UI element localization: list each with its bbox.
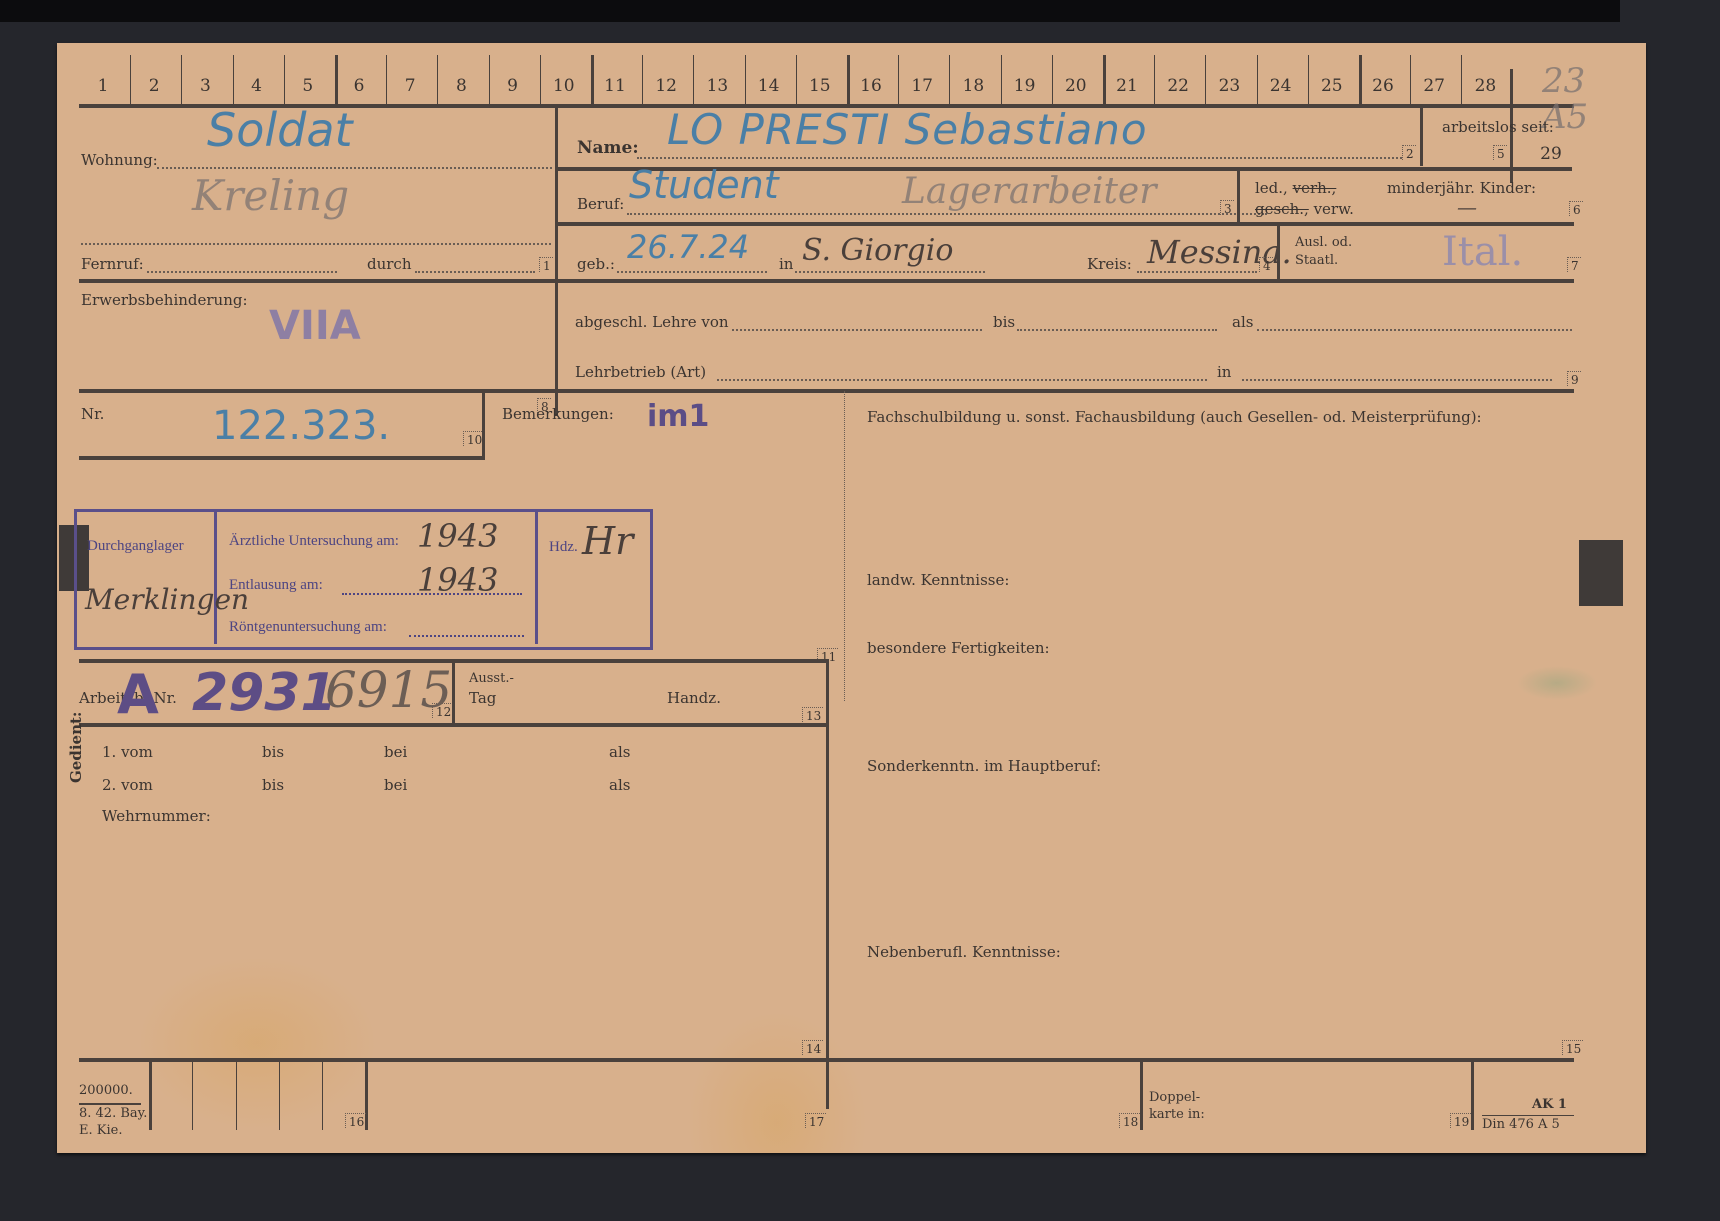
field-number-13: 13 [802, 707, 823, 722]
ruler-number: 13 [693, 76, 741, 96]
geb-line [617, 271, 767, 273]
ruler-number: 6 [335, 76, 383, 96]
gedient-bis-label: bis [262, 776, 284, 794]
form-code-underline [1482, 1115, 1574, 1116]
ruler-tick [1410, 55, 1411, 105]
field-number-19: 19 [1450, 1113, 1471, 1128]
divider-ausst [452, 661, 455, 723]
ruler-tick [284, 55, 285, 105]
wohnung-line-2 [81, 243, 551, 245]
ort-line [795, 271, 985, 273]
footer-divider-18 [1140, 1060, 1143, 1130]
geburtsort-value[interactable]: S. Giorgio [802, 233, 953, 268]
ruler-number: 16 [847, 76, 895, 96]
field-number-3: 3 [1220, 200, 1234, 215]
lehrbetrieb-label: Lehrbetrieb (Art) [575, 363, 706, 381]
stamp-divider-1 [214, 511, 217, 644]
arztlich-label: Ärztliche Untersuchung am: [229, 533, 399, 550]
bemerkungen-stamp[interactable]: im1 [647, 399, 709, 434]
arbeitsbuch-stamp-number[interactable]: 2931 [192, 663, 337, 723]
ruler-number: 5 [284, 76, 332, 96]
lehre-von-line [732, 329, 982, 331]
ruler-number: 14 [745, 76, 793, 96]
ruler-number: 9 [489, 76, 537, 96]
kinder-value[interactable]: — [1457, 195, 1477, 219]
rule-row-2 [79, 279, 1574, 283]
ruler-number: 1 [79, 76, 127, 96]
print-run-underline [79, 1103, 141, 1105]
familienstand-gesch: gesch., verw. [1255, 200, 1354, 218]
ruler-number: 28 [1461, 76, 1509, 96]
form-code: AK 1 [1532, 1097, 1567, 1112]
ruler-tick [642, 55, 643, 105]
field-number-2: 2 [1402, 145, 1416, 160]
rontgen-label: Röntgenuntersuchung am: [229, 619, 387, 636]
ruler-tick [489, 55, 490, 105]
rontgen-line [409, 635, 524, 637]
staat-stamp[interactable]: Ital. [1442, 229, 1523, 275]
divider-staat [1277, 225, 1280, 279]
field-number-7: 7 [1567, 257, 1581, 272]
footer-divider-d [279, 1060, 280, 1130]
footer-divider-b [192, 1060, 193, 1130]
nr-label: Nr. [81, 405, 104, 423]
ruler-tick [181, 55, 182, 105]
ruler-number: 27 [1410, 76, 1458, 96]
lehre-bis-line [1017, 329, 1217, 331]
name-line [637, 157, 1402, 159]
wohnung-pencil-value: Kreling [192, 171, 349, 220]
durchgangslager-value[interactable]: Merklingen [85, 583, 249, 616]
ruler-tick [1205, 55, 1206, 105]
field-number-1: 1 [539, 257, 553, 272]
gedient-bis-label: bis [262, 743, 284, 761]
hdz-value[interactable]: Hr [582, 519, 633, 563]
printer-line-2: E. Kie. [79, 1123, 122, 1138]
rule-nr [79, 456, 485, 460]
field-number-14: 14 [802, 1040, 823, 1055]
gedient-vom-label: 2. vom [102, 776, 153, 794]
field-number-6: 6 [1569, 201, 1583, 216]
ruler-number: 21 [1103, 76, 1151, 96]
ruler-number: 25 [1308, 76, 1356, 96]
in-label: in [779, 255, 793, 273]
lehre-bis-label: bis [993, 313, 1015, 331]
tag-label: Tag [469, 689, 496, 707]
ruler-tick [130, 55, 131, 105]
durch-line [415, 271, 535, 273]
gedient-label: Gedient: [67, 712, 85, 783]
footer-divider-19 [1471, 1060, 1474, 1130]
lehre-als-line [1257, 329, 1572, 331]
arbeitsbuch-stamp-prefix: A [117, 663, 159, 726]
printer-line-1: 8. 42. Bay. [79, 1106, 147, 1121]
entlausung-label: Entlausung am: [229, 577, 323, 594]
wehrnummer-label: Wehrnummer: [102, 807, 211, 825]
lehrbetrieb-line [717, 379, 1207, 381]
doppelkarte-label-2: karte in: [1149, 1107, 1205, 1122]
ruler-tick [1103, 55, 1106, 105]
ruler-tick [693, 55, 694, 105]
ledig: led., [1255, 179, 1288, 197]
beruf-value[interactable]: Student [629, 163, 779, 207]
name-label: Name: [577, 138, 639, 158]
landw-label: landw. Kenntnisse: [867, 571, 1009, 589]
lehrbetrieb-in-line [1242, 379, 1552, 381]
geb-label: geb.: [577, 255, 615, 273]
erwerbsbehinderung-stamp[interactable]: VIIA [269, 303, 361, 349]
ruler-number: 4 [233, 76, 281, 96]
rule-arbeitsbuch-bottom [79, 723, 829, 727]
field-number-16: 16 [345, 1113, 366, 1128]
bemerkungen-label: Bemerkungen: [502, 405, 614, 423]
ruler-tick [591, 55, 594, 105]
gedient-bei-label: bei [384, 743, 407, 761]
beruf-line [627, 213, 1267, 215]
wohnung-line [157, 167, 552, 169]
field-number-18: 18 [1119, 1113, 1140, 1128]
footer-divider-e [322, 1060, 323, 1130]
ruler-tick [437, 55, 438, 105]
ruler-number: 19 [1001, 76, 1049, 96]
ruler-tick [1001, 55, 1002, 105]
ruler-number: 24 [1257, 76, 1305, 96]
beruf-label: Beruf: [577, 195, 624, 213]
ruler-number: 26 [1359, 76, 1407, 96]
ruler-number: 10 [540, 76, 588, 96]
familienstand-ledig: led., verh., [1255, 179, 1336, 197]
rule-bottom [79, 1058, 1574, 1062]
ausst-label: Ausst.- [469, 671, 514, 686]
lehrbetrieb-in-label: in [1217, 363, 1231, 381]
gedient-als-label: als [609, 743, 630, 761]
ruler-number: 12 [642, 76, 690, 96]
fachschul-label: Fachschulbildung u. sonst. Fachausbildun… [867, 408, 1482, 426]
verwitwet: verw. [1314, 200, 1354, 218]
ruler-tick [949, 55, 950, 105]
ruler-tick [1257, 55, 1258, 105]
kreis-line [1137, 271, 1257, 273]
ruler-tick [745, 55, 746, 105]
ruler-number: 17 [898, 76, 946, 96]
doppelkarte-label-1: Doppel- [1149, 1090, 1200, 1105]
ruler-number: 7 [386, 76, 434, 96]
geb-value[interactable]: 26.7.24 [627, 228, 749, 266]
ruler-number: 22 [1154, 76, 1202, 96]
divider-nr [482, 391, 485, 459]
ruler-number-29: 29 [1527, 144, 1575, 164]
field-number-5: 5 [1493, 145, 1507, 160]
lehre-label: abgeschl. Lehre von [575, 313, 729, 331]
rule-row-3 [79, 389, 1574, 393]
print-run: 200000. [79, 1083, 133, 1098]
registration-card: 1234567891011121314151617181920212223242… [57, 43, 1646, 1153]
ruler-number: 2 [130, 76, 178, 96]
wohnung-label: Wohnung: [81, 151, 158, 169]
fernruf-line [147, 271, 337, 273]
staat-label-2: Staatl. [1295, 253, 1338, 268]
ruler-number: 3 [181, 76, 229, 96]
footer-divider-a [149, 1060, 152, 1130]
field-number-17: 17 [805, 1113, 826, 1128]
hdz-label: Hdz. [549, 539, 578, 556]
arztlich-value[interactable]: 1943 [417, 517, 498, 555]
gedient-vom-label: 1. vom [102, 743, 153, 761]
ruler-number: 11 [591, 76, 639, 96]
ruler-number: 23 [1205, 76, 1253, 96]
ruler-tick [847, 55, 850, 105]
ruler-tick [233, 55, 234, 105]
nebenberuf-label: Nebenberufl. Kenntnisse: [867, 943, 1061, 961]
ruler-number: 18 [949, 76, 997, 96]
divider-name [1420, 106, 1423, 166]
kreis-label: Kreis: [1087, 255, 1132, 273]
fertigkeiten-label: besondere Fertigkeiten: [867, 639, 1050, 657]
ruler-tick [540, 55, 541, 105]
din-code: Din 476 A 5 [1482, 1117, 1560, 1132]
nr-value[interactable]: 122.323. [212, 403, 390, 449]
gedient-bei-label: bei [384, 776, 407, 794]
durch-label: durch [367, 255, 412, 273]
ruler-tick [796, 55, 797, 105]
ruler-tick [898, 55, 899, 105]
index-tab-right [1579, 540, 1623, 606]
gedient-als-label: als [609, 776, 630, 794]
rule-beruf [557, 222, 1574, 226]
divider-right-dotted [844, 391, 846, 701]
divider-left-top [555, 106, 558, 416]
ruler-tick [1052, 55, 1053, 105]
handz-label: Handz. [667, 689, 721, 707]
verheiratet: verh., [1293, 179, 1337, 197]
scanner-top-edge [0, 0, 1620, 22]
field-number-9: 9 [1567, 371, 1581, 386]
lehre-als-label: als [1232, 313, 1253, 331]
erwerbsbehinderung-label: Erwerbsbehinderung: [81, 291, 248, 309]
ruler-tick [1308, 55, 1309, 105]
ruler-number: 8 [437, 76, 485, 96]
field-number-12: 12 [432, 703, 453, 718]
ruler-number: 15 [796, 76, 844, 96]
footer-divider-c [236, 1060, 237, 1130]
ruler-tick [335, 55, 338, 105]
divider-beruf [1237, 170, 1240, 222]
field-number-15: 15 [1562, 1040, 1583, 1055]
field-number-4: 4 [1259, 257, 1273, 272]
wohnung-value[interactable]: Soldat [207, 103, 353, 157]
sonderkenntn-label: Sonderkenntn. im Hauptberuf: [867, 757, 1101, 775]
durchgangslager-label: Durchganglager [87, 538, 184, 555]
arbeitslos-label: arbeitslos seit: [1442, 118, 1554, 136]
stamp-divider-2 [535, 511, 538, 644]
beruf-pencil-value: Lagerarbeiter [902, 171, 1156, 212]
ruler-tick [386, 55, 387, 105]
ruler-number: 20 [1052, 76, 1100, 96]
fernruf-label: Fernruf: [81, 255, 144, 273]
corner-pencil-note: 23 A5 [1542, 63, 1632, 135]
ruler-tick [1154, 55, 1155, 105]
entlausung-value[interactable]: 1943 [417, 561, 498, 599]
geschieden: gesch., [1255, 200, 1309, 218]
ruler-tick [1461, 55, 1462, 105]
name-value[interactable]: LO PRESTI Sebastiano [667, 105, 1148, 154]
ruler-tick [1359, 55, 1362, 105]
staat-label-1: Ausl. od. [1295, 235, 1352, 250]
